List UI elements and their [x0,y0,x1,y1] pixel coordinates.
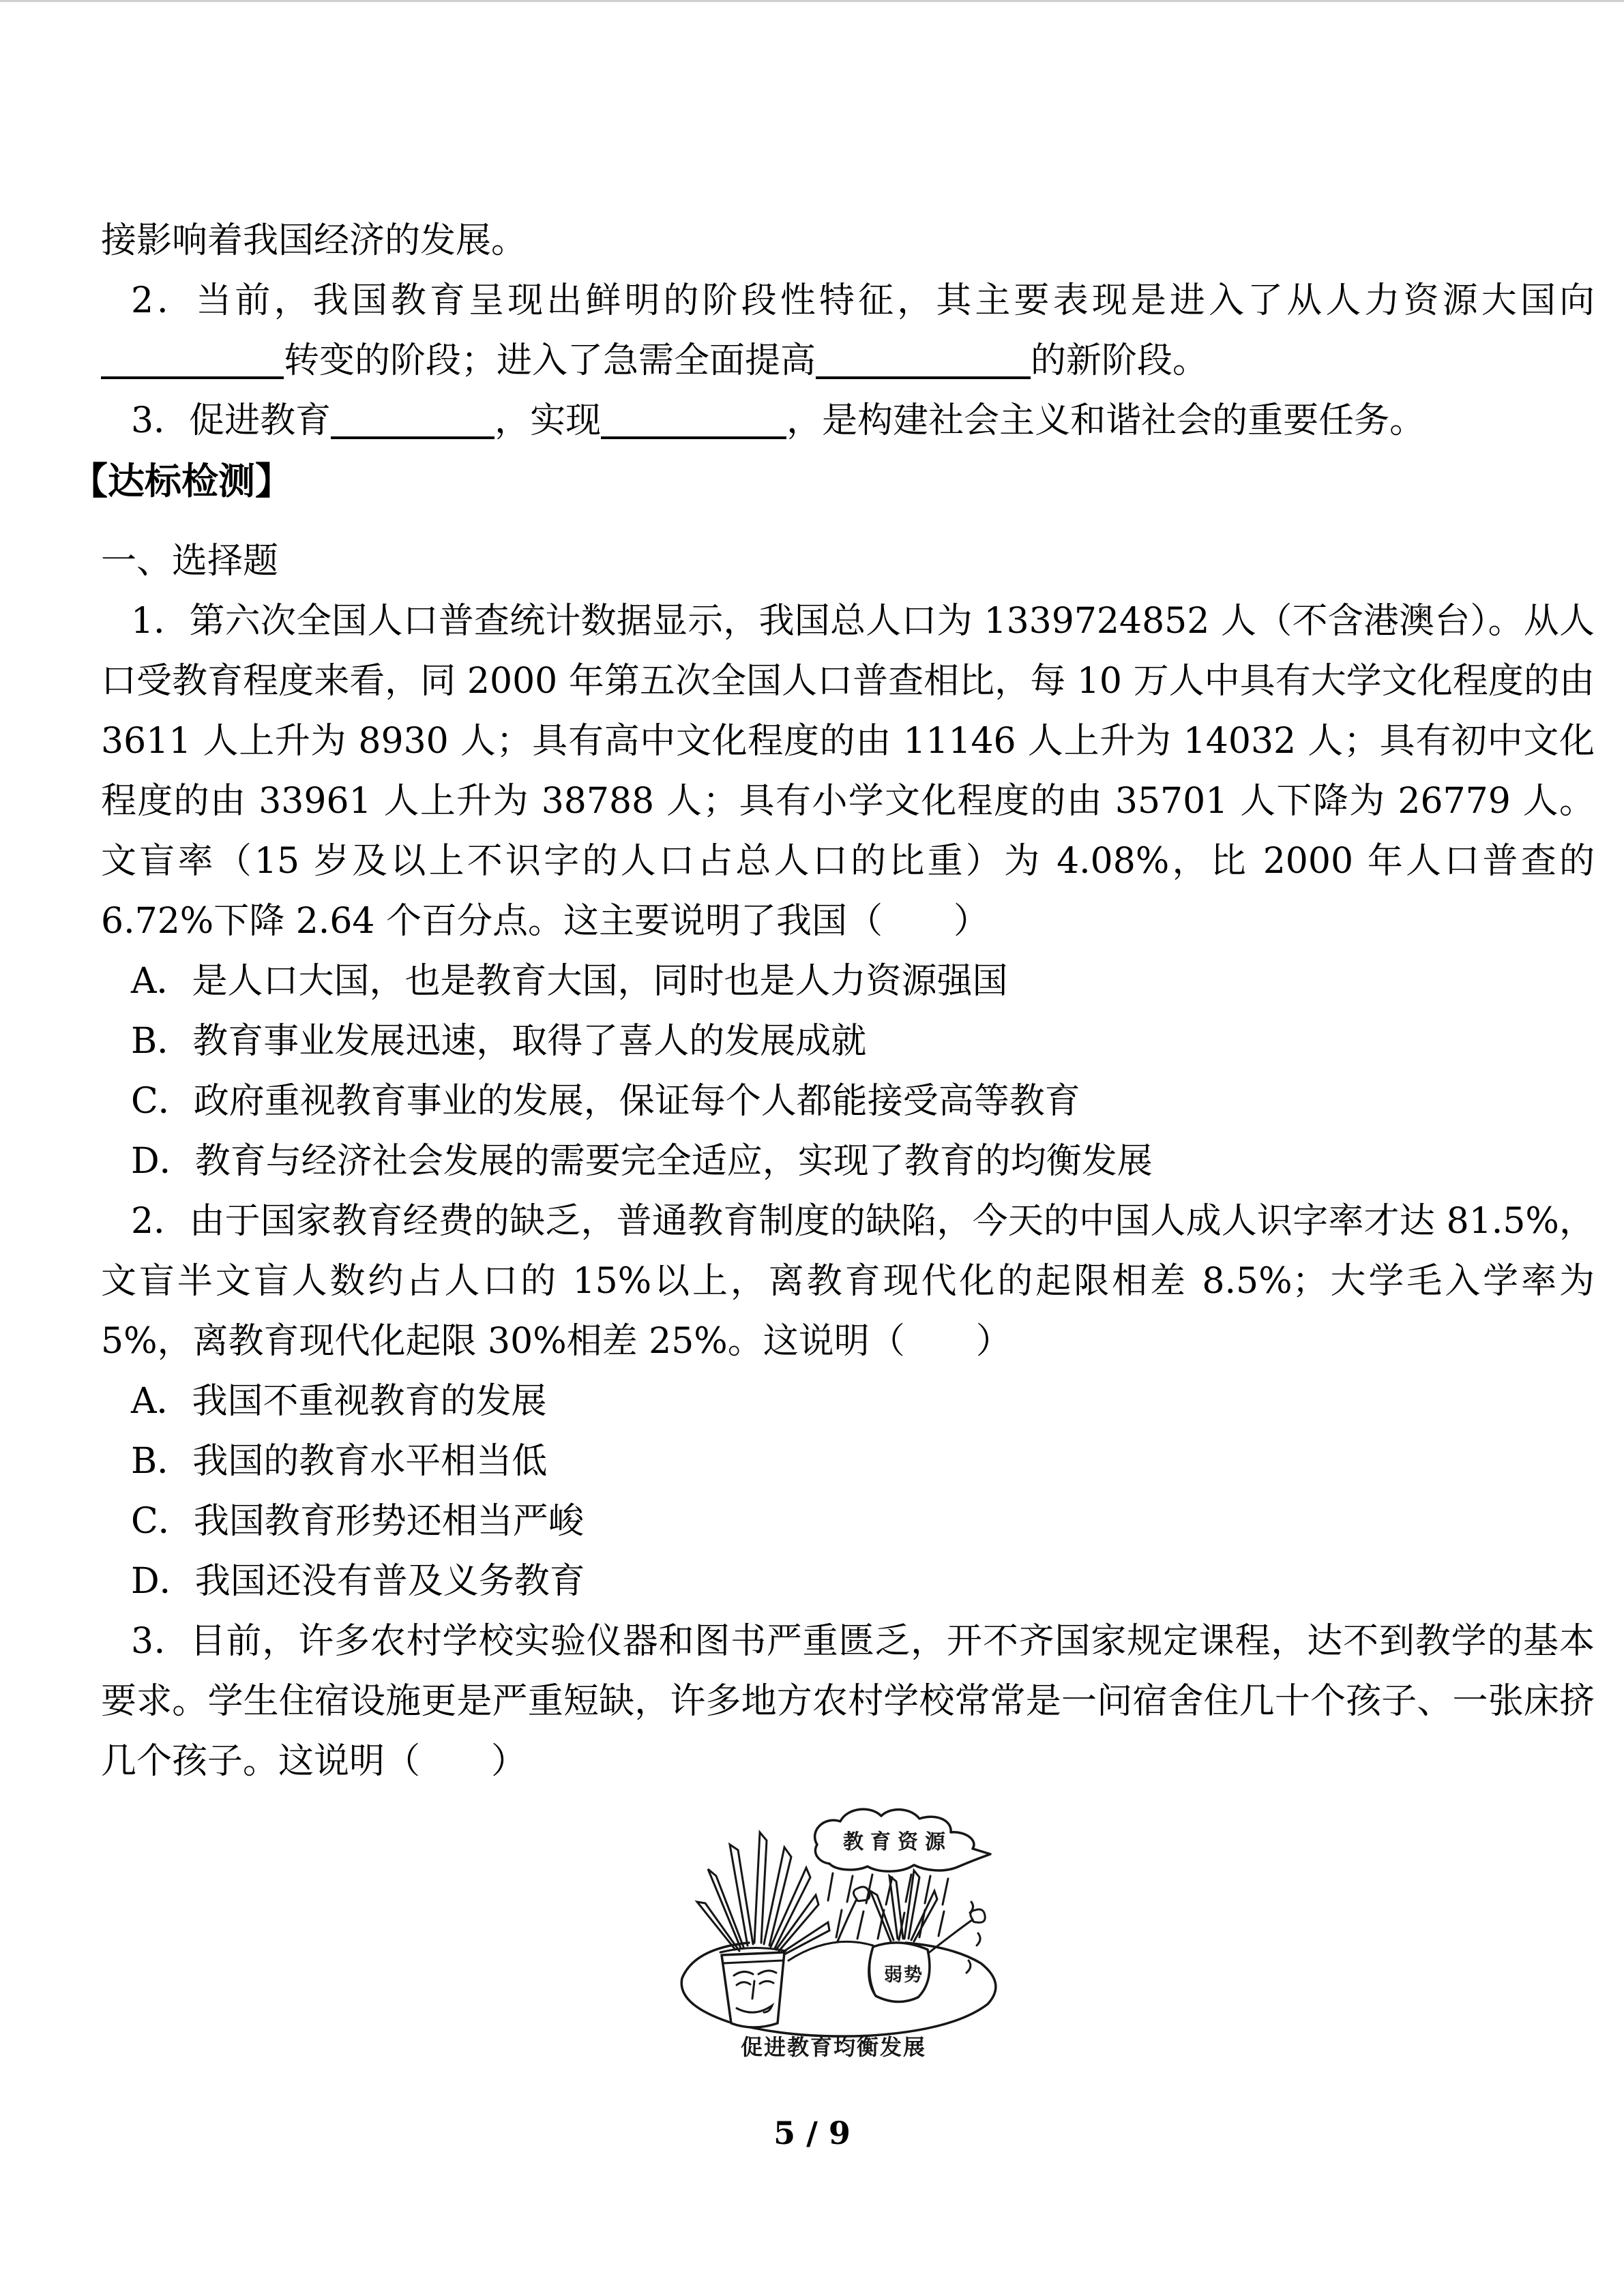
review-item-3-text-1: 3．促进教育 [131,400,331,441]
question-2-option-d: D．我国还没有普及义务教育 [101,1551,1595,1611]
question-1-option-b: B．教育事业发展迅速，取得了喜人的发展成就 [101,1011,1595,1071]
review-item-2: 2．当前，我国教育呈现出鲜明的阶段性特征，其主要表现是进入了从人力资源大国向转变… [101,271,1595,391]
education-cartoon: 弱势 教育资源 促进教育均衡发展 [667,1800,1012,2079]
weak-pot-label: 弱势 [884,1965,924,1986]
fill-blank-3 [331,402,494,439]
question-2-option-b: B．我国的教育水平相当低 [101,1431,1595,1491]
question-2-option-c: C．我国教育形势还相当严峻 [101,1491,1595,1551]
question-2-option-a: A．我国不重视教育的发展 [101,1371,1595,1431]
section-title: 【达标检测】 [71,451,1595,511]
fill-blank-4 [601,402,786,439]
review-item-2-text-1: 2．当前，我国教育呈现出鲜明的阶段性特征，其主要表现是进入了从人力资源大国向 [131,280,1595,321]
page-content: 接影响着我国经济的发展。 2．当前，我国教育呈现出鲜明的阶段性特征，其主要表现是… [101,211,1595,1791]
paragraph-carryover: 接影响着我国经济的发展。 [101,211,1595,271]
fill-blank-2 [816,342,1031,379]
question-1-stem: 1．第六次全国人口普查统计数据显示，我国总人口为 1339724852 人（不含… [101,591,1595,951]
figure-caption: 促进教育均衡发展 [741,2034,926,2060]
weak-plant-pot: 弱势 [869,1943,930,2002]
education-cartoon-figure: 弱势 教育资源 促进教育均衡发展 [667,1800,1012,2079]
question-2-stem: 2．由于国家教育经费的缺乏，普通教育制度的缺陷，今天的中国人成人识字率才达 81… [101,1191,1595,1371]
review-item-2-text-2: 转变的阶段；进入了急需全面提高 [284,340,816,381]
strong-plant-leaves [697,1832,829,1955]
question-1-option-a: A．是人口大国，也是教育大国，同时也是人力资源强国 [101,951,1595,1011]
question-1-option-d: D．教育与经济社会发展的需要完全适应，实现了教育的均衡发展 [101,1131,1595,1191]
worksheet-page: 接影响着我国经济的发展。 2．当前，我国教育呈现出鲜明的阶段性特征，其主要表现是… [0,0,1624,2296]
page-number: 5 / 9 [0,2115,1624,2151]
fill-blank-1 [101,342,284,379]
strong-plant-pot [720,1948,786,2027]
review-item-3-text-2: ，实现 [494,400,601,441]
education-resources-cloud: 教育资源 [815,1809,990,1871]
quiz-part-title: 一、选择题 [101,531,1595,591]
review-item-3: 3．促进教育，实现，是构建社会主义和谐社会的重要任务。 [101,391,1595,451]
question-1-option-c: C．政府重视教育事业的发展，保证每个人都能接受高等教育 [101,1071,1595,1131]
question-3-stem: 3．目前，许多农村学校实验仪器和图书严重匮乏，开不齐国家规定课程，达不到教学的基… [101,1611,1595,1791]
cloud-label: 教育资源 [843,1830,952,1854]
review-item-2-text-3: 的新阶段。 [1031,340,1208,381]
review-item-3-text-3: ，是构建社会主义和谐社会的重要任务。 [786,400,1425,441]
